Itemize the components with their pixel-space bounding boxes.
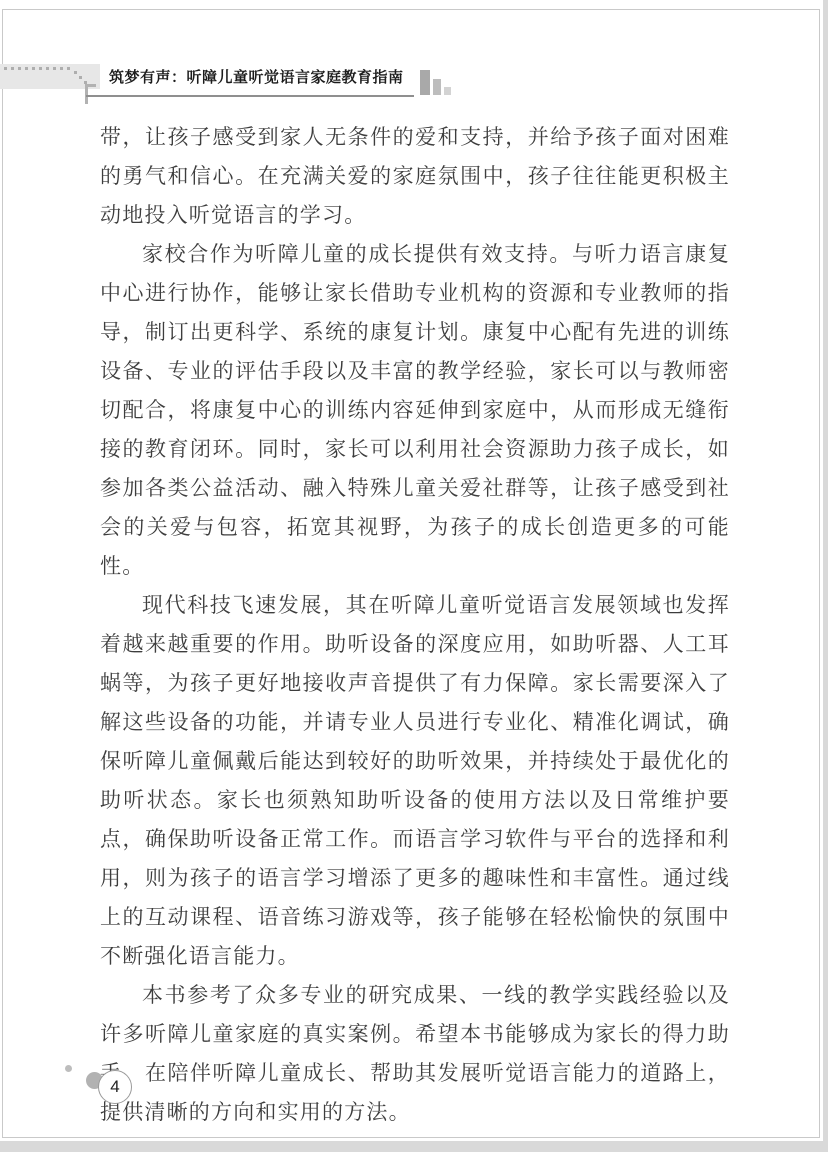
page-number-badge: 4 (98, 1070, 132, 1104)
scan-edge-bottom (0, 1141, 828, 1152)
bar-ornament (433, 79, 441, 95)
book-page: { "header": { "title": "筑梦有声：听障儿童听觉语言家庭教… (0, 0, 828, 1152)
footer-dot-ornament (65, 1065, 72, 1072)
scan-edge-right (823, 0, 828, 1152)
header-ornament-dot (79, 76, 82, 79)
paragraph: 带，让孩子感受到家人无条件的爱和支持，并给予孩子面对困难的勇气和信心。在充满关爱… (100, 118, 730, 235)
page-number: 4 (110, 1077, 119, 1097)
header-rule-divider (86, 95, 414, 97)
header-corner-ornament (85, 84, 96, 104)
paragraph: 现代科技飞速发展，其在听障儿童听觉语言发展领域也发挥着越来越重要的作用。助听设备… (100, 586, 730, 976)
paragraph: 本书参考了众多专业的研究成果、一线的教学实践经验以及许多听障儿童家庭的真实案例。… (100, 976, 730, 1132)
bar-ornament (420, 70, 430, 95)
bar-ornament (444, 87, 451, 95)
running-head-title: 筑梦有声：听障儿童听觉语言家庭教育指南 (109, 66, 429, 90)
body-text-block: 带，让孩子感受到家人无条件的爱和支持，并给予孩子面对困难的勇气和信心。在充满关爱… (100, 118, 730, 1132)
header-ornament-dot (74, 71, 77, 74)
header-bars-ornament (420, 70, 451, 95)
header-ornament-dots (4, 67, 72, 70)
paragraph: 家校合作为听障儿童的成长提供有效支持。与听力语言康复中心进行协作，能够让家长借助… (100, 235, 730, 586)
